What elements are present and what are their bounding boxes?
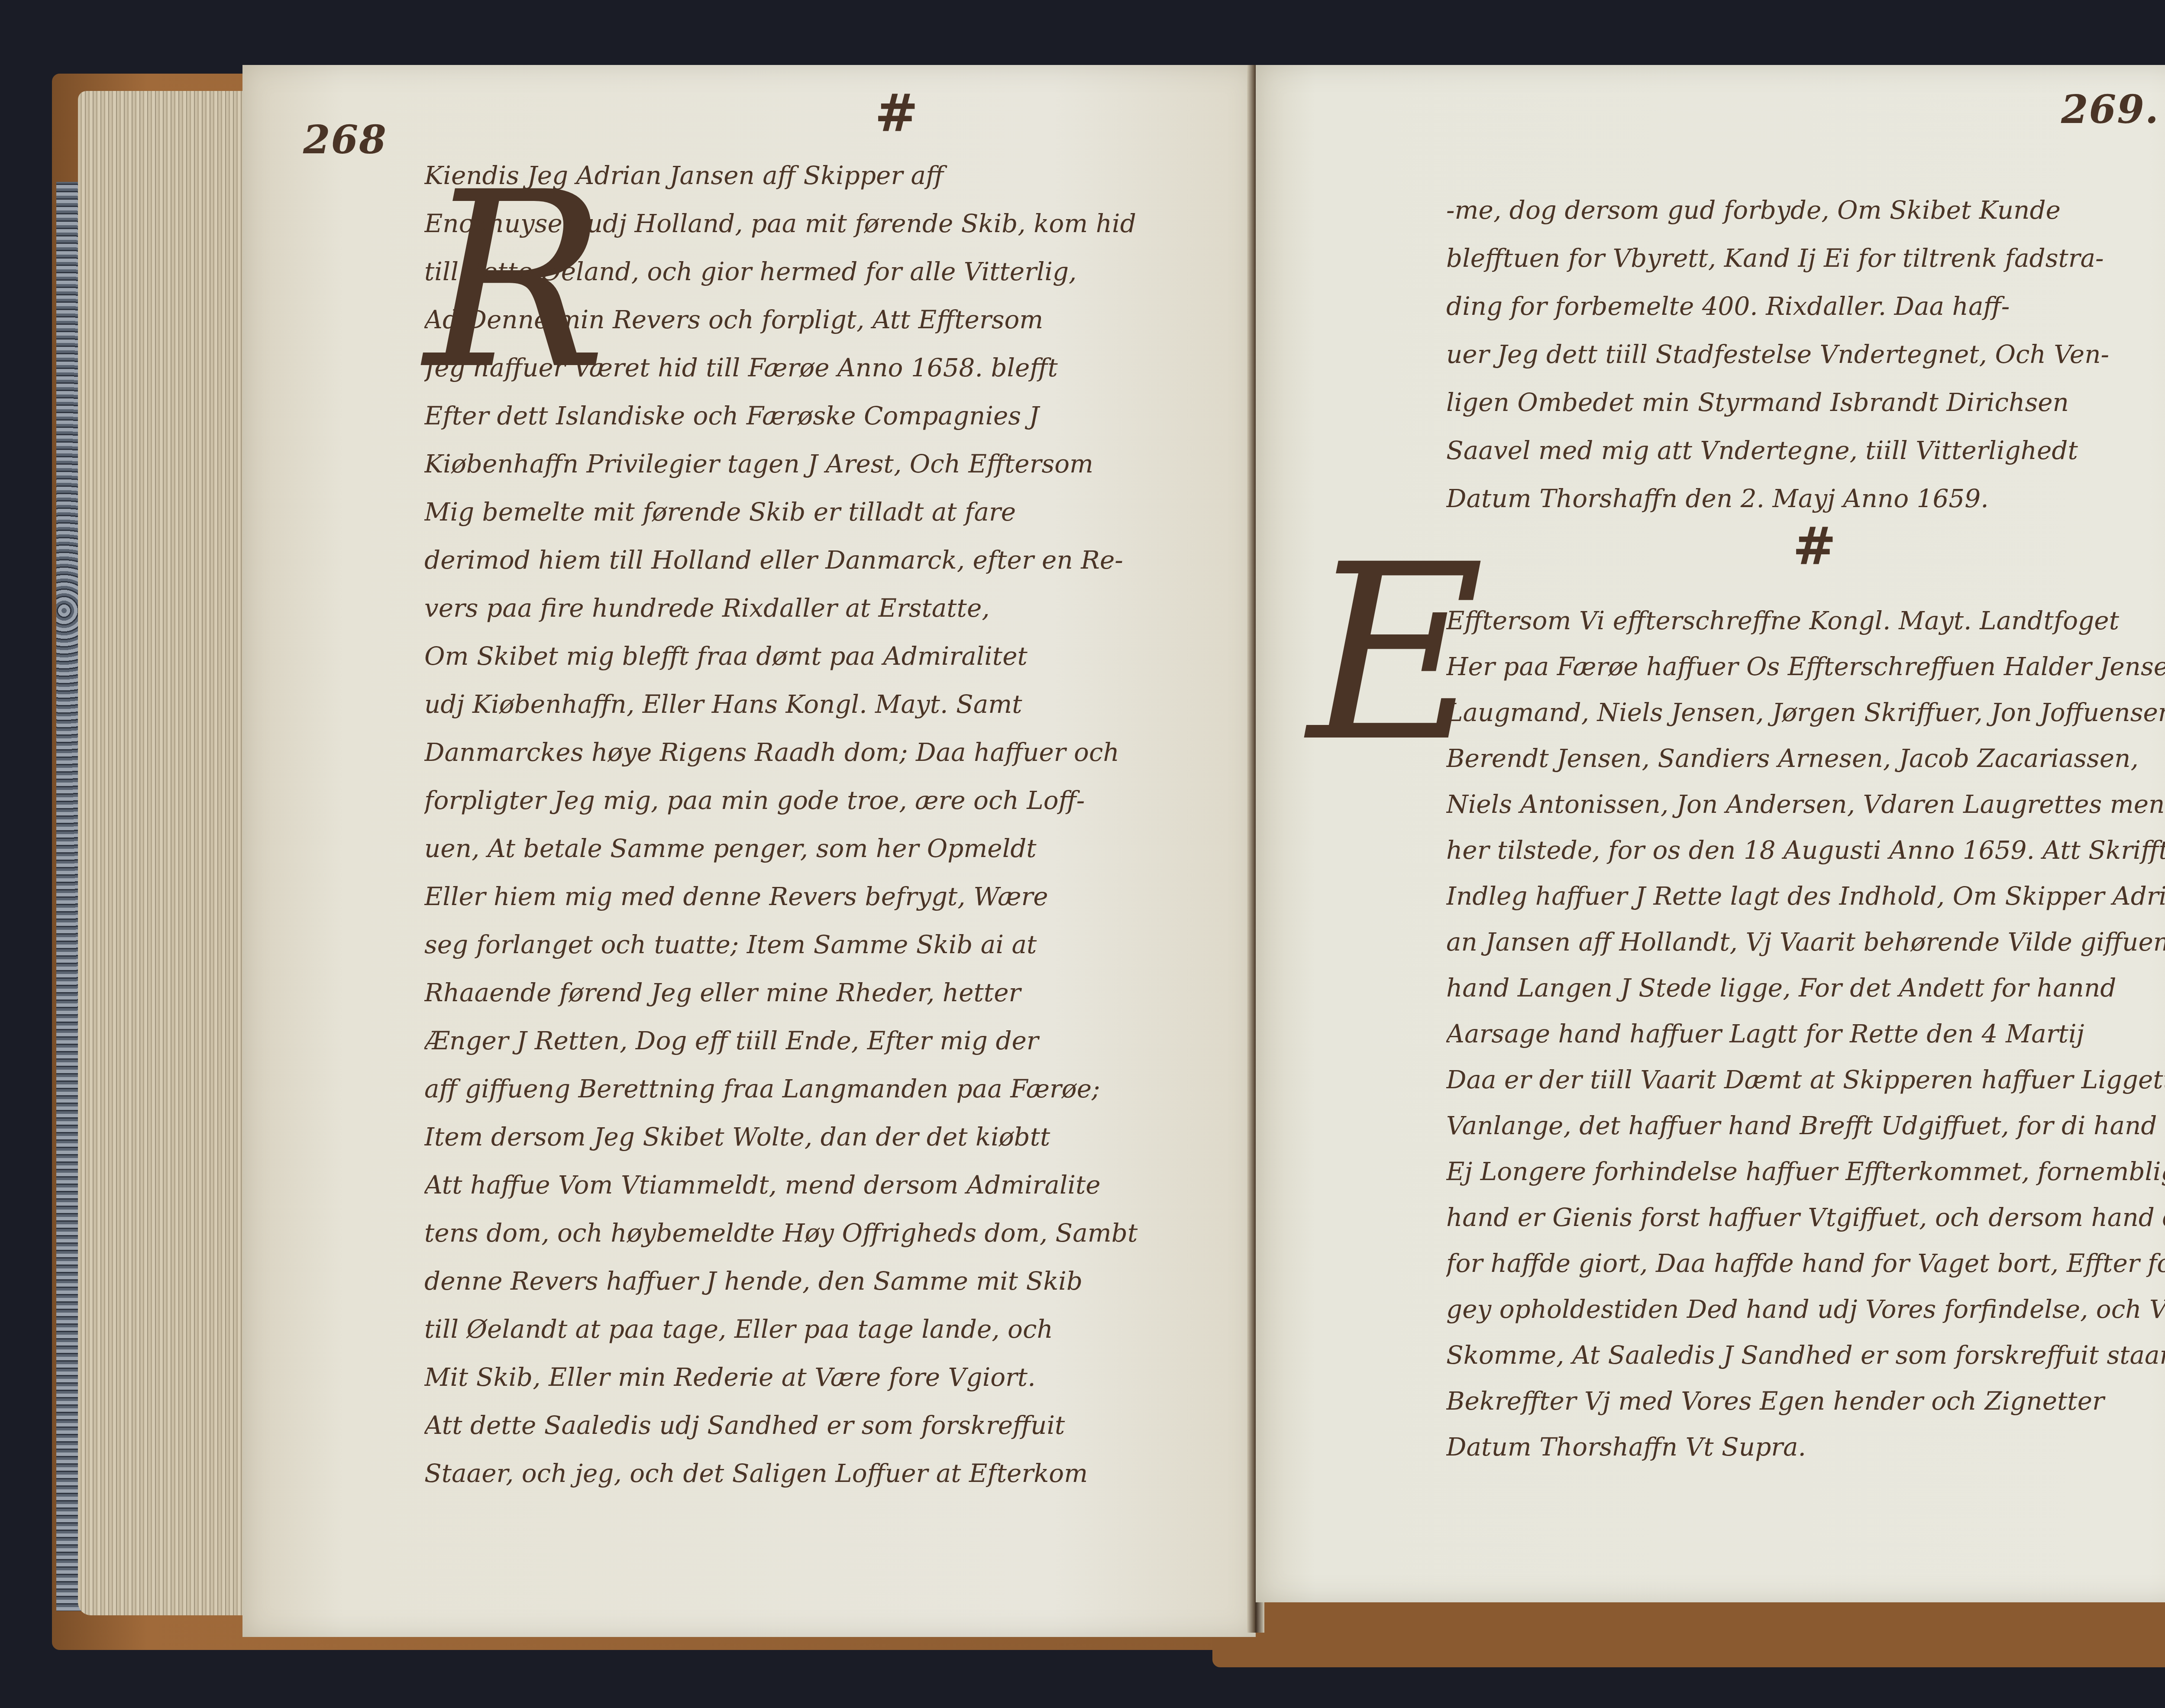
manuscript-line: hand Langen J Stede ligge, For det Andet… [1446,965,2165,1011]
manuscript-line: vers paa fire hundrede Rixdaller at Erst… [424,584,1238,632]
manuscript-line: -me, dog dersom gud forbyde, Om Skibet K… [1446,186,2165,234]
manuscript-line: uer Jeg dett tiill Stadfestelse Vnderteg… [1446,330,2165,378]
manuscript-line: denne Revers haffuer J hende, den Samme … [424,1257,1238,1305]
right-page-continuation-text: -me, dog dersom gud forbyde, Om Skibet K… [1446,186,2165,523]
manuscript-line: Om Skibet mig blefft fraa dømt paa Admir… [424,632,1238,680]
manuscript-line: Efter dett Islandiske och Færøske Compag… [424,392,1238,440]
manuscript-line: Kiøbenhaffn Privilegier tagen J Arest, O… [424,440,1238,488]
manuscript-line: Att dette Saaledis udj Sandhed er som fo… [424,1401,1238,1449]
manuscript-line: her tilstede, for os den 18 Augusti Anno… [1446,827,2165,873]
manuscript-line: ligen Ombedet min Styrmand Isbrandt Diri… [1446,378,2165,427]
manuscript-line: Saavel med mig att Vndertegne, tiill Vit… [1446,427,2165,475]
manuscript-line: till dette Øeland, och gior hermed for a… [424,248,1238,296]
manuscript-line: Kiendis Jeg Adrian Jansen aff Skipper af… [424,152,1238,200]
manuscript-line: derimod hiem till Holland eller Danmarck… [424,536,1238,584]
folio-number-right: 269. [2061,87,2159,133]
manuscript-line: for haffde giort, Daa haffde hand for Va… [1446,1240,2165,1286]
right-page: 269. -me, dog dersom gud forbyde, Om Ski… [1256,65,2165,1602]
manuscript-line: Staaer, och jeg, och det Saligen Loffuer… [424,1449,1238,1498]
manuscript-line: Laugmand, Niels Jensen, Jørgen Skriffuer… [1446,689,2165,735]
manuscript-line: Vanlange, det haffuer hand Brefft Udgiff… [1446,1103,2165,1148]
manuscript-line: blefftuen for Vbyrett, Kand Ij Ei for ti… [1446,234,2165,282]
manuscript-line: Item dersom Jeg Skibet Wolte, dan der de… [424,1113,1238,1161]
manuscript-line: uen, At betale Samme penger, som her Opm… [424,825,1238,873]
section-mark-left: # [875,82,918,143]
manuscript-line: Ad Denne min Revers och forpligt, Att Ef… [424,296,1238,344]
manuscript-line: Enckhuysen udj Holland, paa mit førende … [424,200,1238,248]
manuscript-line: forpligter Jeg mig, paa min gode troe, æ… [424,776,1238,825]
left-page: 268 # R Kiendis Jeg Adrian Jansen aff Sk… [242,65,1256,1637]
manuscript-line: Aarsage hand haffuer Lagtt for Rette den… [1446,1011,2165,1057]
manuscript-line: tens dom, och høybemeldte Høy Offrigheds… [424,1209,1238,1257]
manuscript-line: Indleg haffuer J Rette lagt des Indhold,… [1446,873,2165,919]
manuscript-line: ding for forbemelte 400. Rixdaller. Daa … [1446,282,2165,330]
manuscript-line: Danmarckes høye Rigens Raadh dom; Daa ha… [424,728,1238,776]
manuscript-line: till Øelandt at paa tage, Eller paa tage… [424,1305,1238,1353]
manuscript-line: Mit Skib, Eller min Rederie at Være fore… [424,1353,1238,1401]
manuscript-line: Skomme, At Saaledis J Sandhed er som for… [1446,1332,2165,1378]
manuscript-line: Ej Longere forhindelse haffuer Effterkom… [1446,1148,2165,1194]
manuscript-line: Berendt Jensen, Sandiers Arnesen, Jacob … [1446,735,2165,781]
manuscript-line: seg forlanget och tuatte; Item Samme Ski… [424,921,1238,969]
manuscript-line: Bekreffter Vj med Vores Egen hender och … [1446,1378,2165,1424]
manuscript-line: Efftersom Vi effterschreffne Kongl. Mayt… [1446,598,2165,644]
manuscript-line: Rhaaende førend Jeg eller mine Rheder, h… [424,969,1238,1017]
left-page-text: Kiendis Jeg Adrian Jansen aff Skipper af… [424,152,1238,1498]
manuscript-line: Datum Thorshaffn Vt Supra. [1446,1424,2165,1470]
manuscript-line: Her paa Færøe haffuer Os Effterschreffue… [1446,644,2165,689]
manuscript-line: an Jansen aff Hollandt, Vj Vaarit behøre… [1446,919,2165,965]
manuscript-line: Ænger J Retten, Dog eff tiill Ende, Efte… [424,1017,1238,1065]
manuscript-line: Mig bemelte mit førende Skib er tilladt … [424,488,1238,536]
manuscript-line: Niels Antonissen, Jon Andersen, Vdaren L… [1446,781,2165,827]
manuscript-line: Jeg haffuer Været hid till Færøe Anno 16… [424,344,1238,392]
section-mark-right: # [1793,515,1836,576]
manuscript-line: gey opholdestiden Ded hand udj Vores for… [1446,1286,2165,1332]
right-page-text: Efftersom Vi effterschreffne Kongl. Mayt… [1446,598,2165,1470]
manuscript-line: aff giffueng Berettning fraa Langmanden … [424,1065,1238,1113]
manuscript-line: Eller hiem mig med denne Revers befrygt,… [424,873,1238,921]
folio-number-left: 268 [303,117,387,163]
manuscript-line: Att haffue Vom Vtiammeldt, mend dersom A… [424,1161,1238,1209]
manuscript-line: udj Kiøbenhaffn, Eller Hans Kongl. Mayt.… [424,680,1238,728]
page-edges-left [78,91,242,1615]
manuscript-line: Daa er der tiill Vaarit Dæmt at Skippere… [1446,1057,2165,1103]
manuscript-line: hand er Gienis forst haffuer Vtgiffuet, … [1446,1194,2165,1240]
